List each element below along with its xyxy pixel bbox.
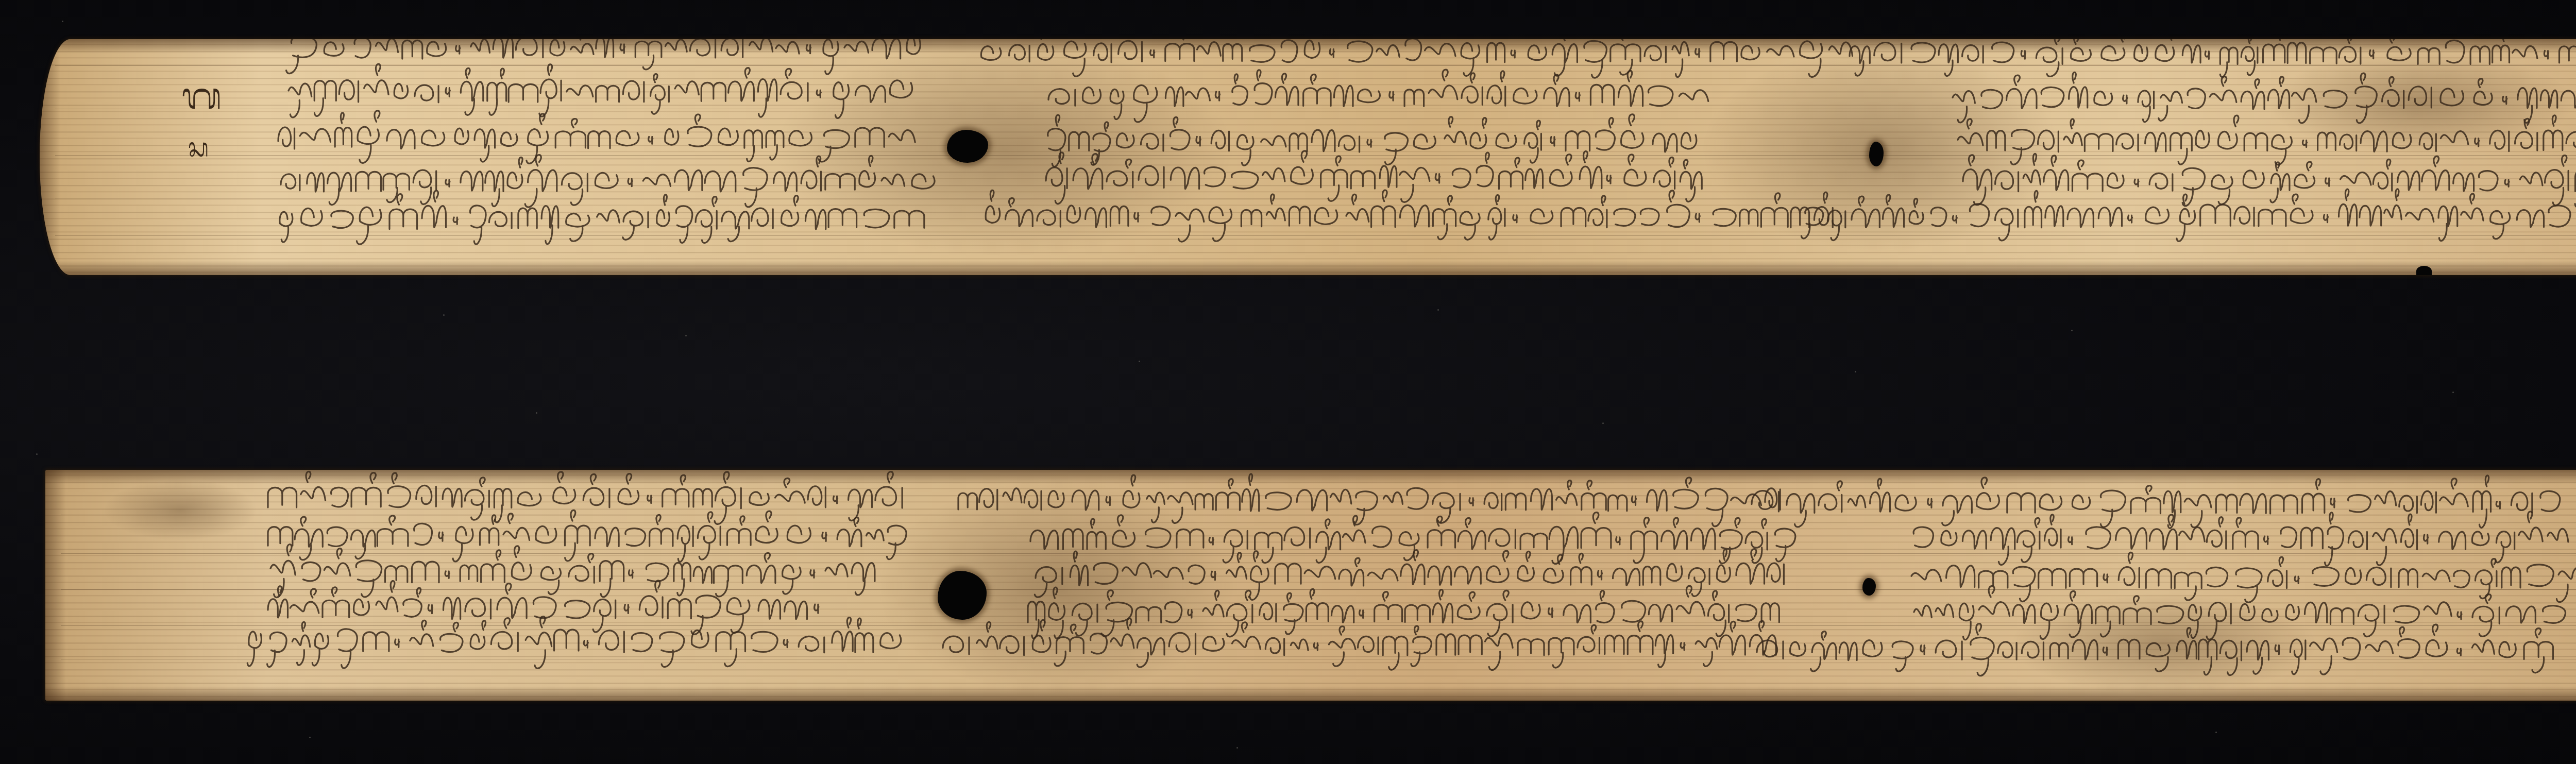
leaf-top: ᬕᬲ: [40, 39, 2576, 275]
script-line: [1963, 154, 2576, 207]
script-line: [268, 510, 906, 562]
script-line: [1801, 189, 2570, 241]
page-number-marker: ᬲ: [188, 135, 209, 161]
script-line: [280, 191, 924, 244]
script-line: [1850, 39, 2576, 80]
dust-speck: [443, 314, 445, 316]
text-block-2: [981, 39, 1852, 242]
dust-speck: [1602, 422, 1604, 424]
text-block-1: [278, 39, 935, 244]
script-line: [1953, 72, 2576, 123]
script-line: [986, 190, 1833, 242]
page-number-marker: ᬕ: [181, 77, 222, 114]
script-line: [247, 617, 901, 669]
text-block-3: [1752, 476, 2576, 676]
dust-speck: [2452, 392, 2454, 393]
text-block-2: [943, 474, 1795, 670]
script-line: [270, 545, 875, 598]
dust-speck: [1855, 371, 1856, 372]
script-line: [1048, 114, 1697, 167]
dust-speck: [2215, 732, 2217, 733]
script-line: [1911, 552, 2576, 602]
dust-speck: [62, 21, 63, 22]
script-line: [289, 64, 912, 118]
dust-speck: [536, 412, 537, 414]
script-line: [1035, 549, 1784, 600]
text-block-1: [247, 471, 906, 668]
script-line: [981, 39, 1852, 78]
handwritten-script: [45, 470, 2576, 701]
script-line: [943, 618, 1776, 670]
script-line: [268, 581, 819, 634]
dust-speck: [309, 737, 311, 738]
script-line: [1913, 512, 2568, 566]
handwritten-script: [40, 39, 2576, 275]
script-line: [1030, 513, 1795, 564]
script-line: [1757, 624, 2553, 676]
text-block-3: [1801, 39, 2576, 241]
script-line: [268, 471, 902, 524]
dust-speck: [1139, 361, 1140, 362]
dust-speck: [1437, 309, 1439, 311]
dust-speck: [2071, 330, 2073, 331]
script-line: [1752, 476, 2560, 529]
dust-speck: [1236, 747, 1238, 749]
leaf-bottom: [45, 470, 2576, 701]
script-line: [1958, 115, 2576, 165]
script-line: [1048, 70, 1708, 122]
script-line: [1028, 586, 1779, 638]
dust-speck: [685, 335, 687, 336]
script-line: [1914, 586, 2566, 640]
script-line: [281, 155, 935, 207]
script-line: [286, 39, 921, 74]
edge-damage-notch: [2416, 266, 2432, 275]
dust-speck: [36, 453, 38, 455]
script-line: [958, 474, 1780, 527]
